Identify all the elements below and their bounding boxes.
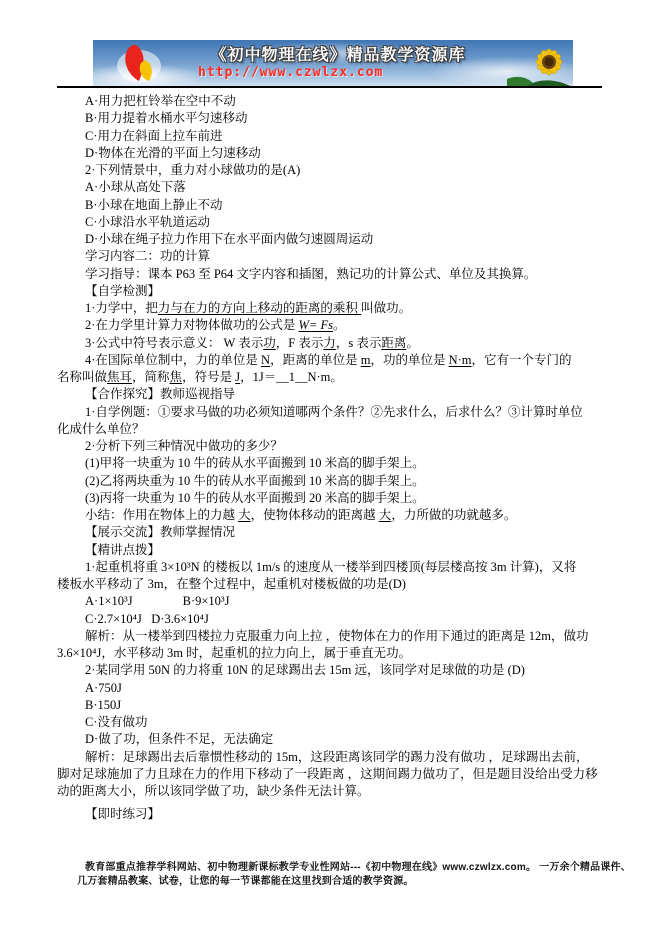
sunflower-icon (507, 41, 573, 87)
text-line: A·1×10³J B·9×10³J (57, 593, 637, 610)
fill-in-blank-answer: m (361, 353, 371, 367)
fill-in-blank-answer: 力与在力的方向上移动的距离的乘积 (158, 301, 361, 315)
text-line: D·物体在光滑的平面上匀速移动 (57, 145, 637, 162)
physics-online-logo-icon (115, 44, 165, 84)
text-line: D·小球在绳子拉力作用下在水平面内做匀速圆周运动 (57, 231, 637, 248)
text-line: (1)甲将一块重为 10 牛的砖从水平面搬到 10 米高的脚手架上。 (57, 455, 637, 472)
fill-in-blank-answer: 大 (238, 508, 251, 522)
text-line: 学习内容二：功的计算 (57, 248, 637, 265)
text-line: C·2.7×10⁴J D·3.6×10⁴J (57, 611, 637, 628)
banner-url-link[interactable]: http://www.czwlzx.com (198, 65, 378, 80)
text-line: 【即时练习】 (57, 806, 637, 823)
document-body: A·用力把杠铃举在空中不动B·用力提着水桶水平匀速移动C·用力在斜面上拉车前进D… (57, 86, 637, 824)
text-line: 化成什么单位？ (57, 421, 637, 438)
document-page: 《初中物理在线》精品教学资源库 http://www.czwlzx.com A·… (0, 0, 661, 936)
text-line: C·小球沿水平轨道运动 (57, 214, 637, 231)
text-line: A·用力把杠铃举在空中不动 (57, 93, 637, 110)
text-line: 【展示交流】教师掌握情况 (57, 524, 637, 541)
text-line: A·小球从高处下落 (57, 179, 637, 196)
text-line: (2)乙将两块重为 10 牛的砖从水平面搬到 10 米高的脚手架上。 (57, 473, 637, 490)
text-line: C·用力在斜面上拉车前进 (57, 128, 637, 145)
text-line: 3·公式中符号表示意义： W 表示功，F 表示力，s 表示距离。 (57, 335, 637, 352)
page-footer: 教育部重点推荐学科网站、初中物理新课标教学专业性网站---《初中物理在线》www… (77, 861, 617, 889)
text-line: 1·自学例题：①要求马做的功必须知道哪两个条件？②先求什么，后求什么？③计算时单… (57, 404, 637, 421)
fill-in-blank-answer: 焦耳 (107, 370, 132, 384)
text-line: C·没有做功 (57, 714, 637, 731)
text-line: A·750J (57, 680, 637, 697)
footer-line-2: 几万套精品教案、试卷，让您的每一节课都能在这里找到合适的教学资源。 (77, 875, 617, 889)
text-line: 1·起重机将重 3×10³N 的楼板以 1m/s 的速度从一楼举到四楼顶(每层楼… (57, 559, 637, 576)
site-banner: 《初中物理在线》精品教学资源库 http://www.czwlzx.com (93, 40, 573, 87)
text-line: 2·下列情景中，重力对小球做功的是(A) (57, 162, 637, 179)
text-line: 1·力学中，把力与在力的方向上移动的距离的乘积 叫做功。 (57, 300, 637, 317)
text-line: B·小球在地面上静止不动 (57, 197, 637, 214)
text-line: 名称叫做焦耳，简称焦，符号是 J，1J＝__1__N·m。 (57, 369, 637, 386)
text-line: 2·某同学用 50N 的力将重 10N 的足球踢出去 15m 远，该同学对足球做… (57, 662, 637, 679)
footer-line-1: 教育部重点推荐学科网站、初中物理新课标教学专业性网站---《初中物理在线》www… (77, 861, 617, 875)
text-line: B·用力提着水桶水平匀速移动 (57, 110, 637, 127)
text-line: 【精讲点拨】 (57, 542, 637, 559)
text-line: 小结：作用在物体上的力越 大，使物体移动的距离越 大，力所做的功就越多。 (57, 507, 637, 524)
fill-in-blank-answer: 力 (323, 336, 336, 350)
fill-in-blank-answer: J (235, 370, 240, 384)
text-line: 学习指导：课本 P63 至 P64 文字内容和插图，熟记功的计算公式、单位及其换… (57, 266, 637, 283)
fill-in-blank-answer: 功 (263, 336, 276, 350)
fill-in-blank-answer: 大 (379, 508, 392, 522)
fill-in-blank-answer: 距离 (381, 336, 406, 350)
text-line: 2·分析下列三种情况中做功的多少？ (57, 438, 637, 455)
text-line: D·做了功，但条件不足，无法确定 (57, 731, 637, 748)
banner-title: 《初中物理在线》精品教学资源库 (198, 42, 478, 65)
text-line: 解析：足球踢出去后靠惯性移动的 15m，这段距离该同学的踢力没有做功 ，足球踢出… (57, 749, 637, 766)
text-line: B·150J (57, 697, 637, 714)
text-line: 4·在国际单位制中，力的单位是 N，距离的单位是 m，功的单位是 N·m，它有一… (57, 352, 637, 369)
text-line: 3.6×10⁴J，水平移动 3m 时，起重机的拉力向上，属于垂直无功。 (57, 645, 637, 662)
text-line: 【合作探究】教师巡视指导 (57, 386, 637, 403)
text-line: 楼板水平移动了 3m，在整个过程中，起重机对楼板做的功是(D) (57, 576, 637, 593)
text-line: 动的距离大小，所以该同学做了功，缺少条件无法计算。 (57, 783, 637, 800)
text-line: (3)丙将一块重为 10 牛的砖从水平面搬到 20 米高的脚手架上。 (57, 490, 637, 507)
text-line: 脚对足球施加了力且球在力的作用下移动了一段距离 ，这期间踢力做功了，但是题目没给… (57, 766, 637, 783)
text-line: 2·在力学里计算力对物体做功的公式是 W= Fs。 (57, 317, 637, 334)
fill-in-blank-answer: W= Fs (299, 318, 333, 332)
fill-in-blank-answer: N (261, 353, 270, 367)
text-line: 【自学检测】 (57, 283, 637, 300)
fill-in-blank-answer: 焦 (170, 370, 183, 384)
text-line: 解析：从一楼举到四楼拉力克服重力向上拉 ，使物体在力的作用下通过的距离是 12m… (57, 628, 637, 645)
fill-in-blank-answer: N·m (449, 353, 472, 367)
